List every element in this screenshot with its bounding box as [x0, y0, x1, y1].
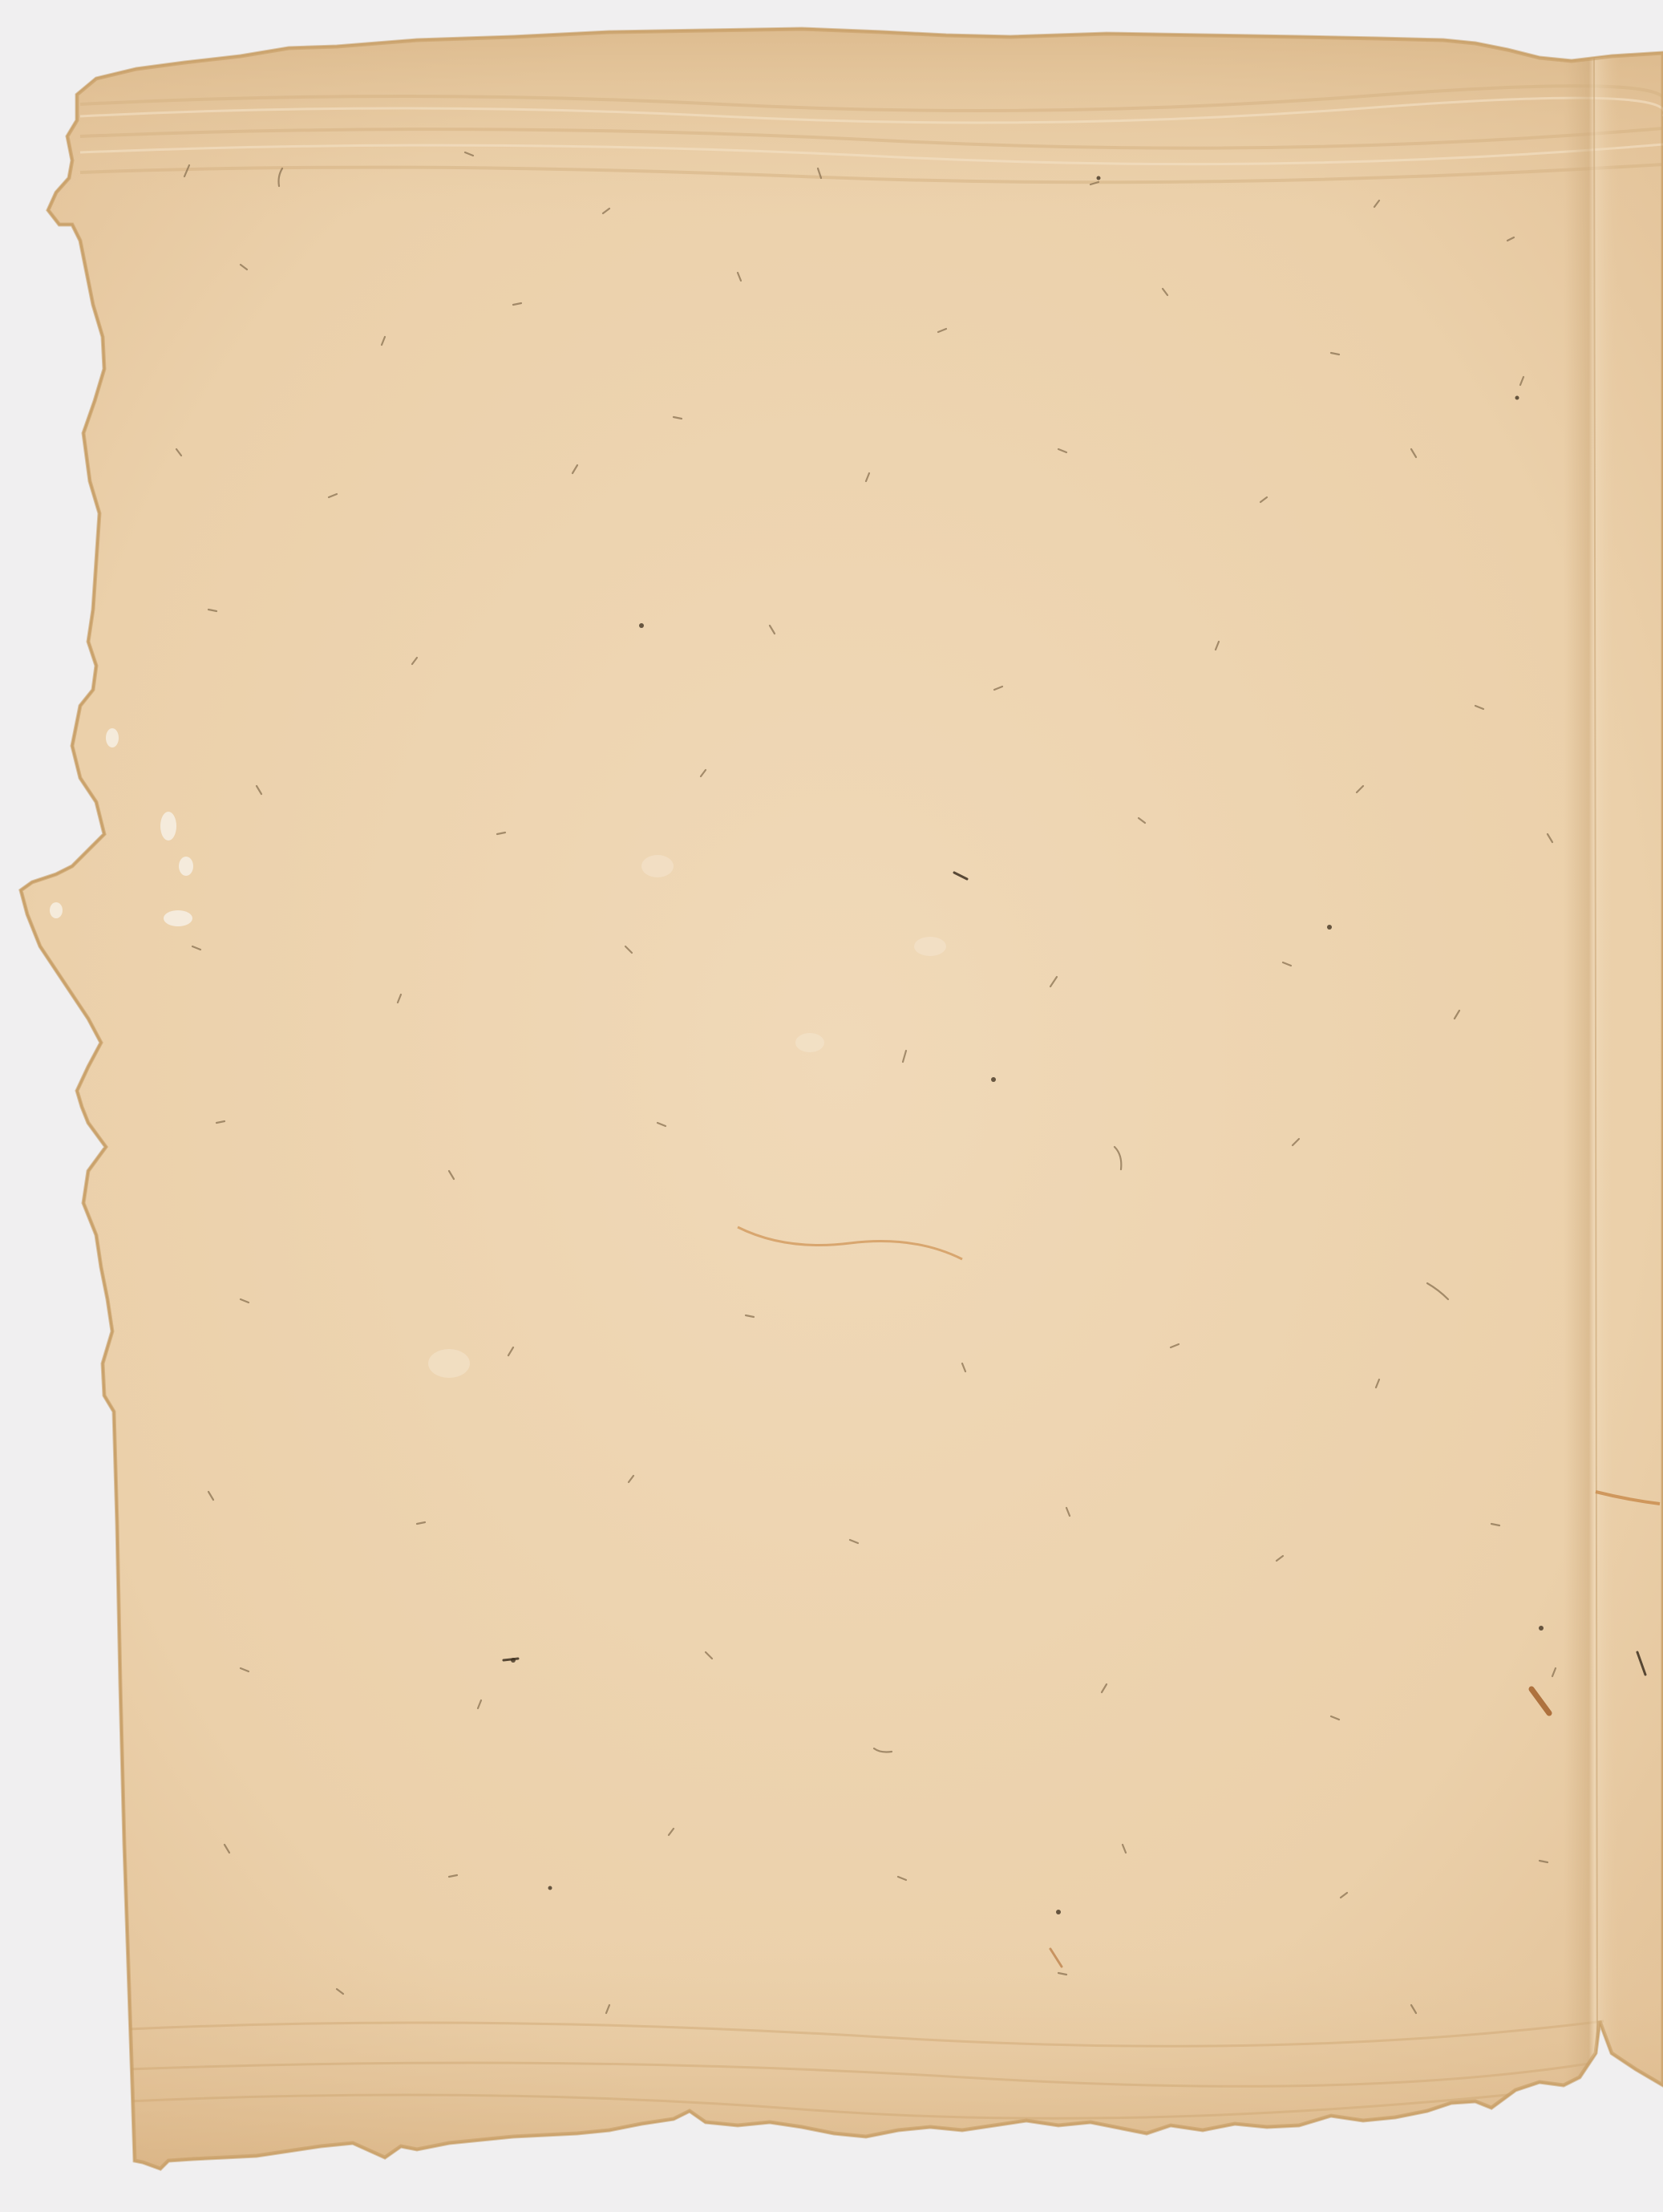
- paper-body: [21, 29, 1663, 2169]
- aged-paper-sheet: [0, 0, 1663, 2212]
- paper-scene: Blank sheet of aged handmade paper with …: [0, 0, 1663, 2212]
- fold-seam: [1564, 32, 1620, 2117]
